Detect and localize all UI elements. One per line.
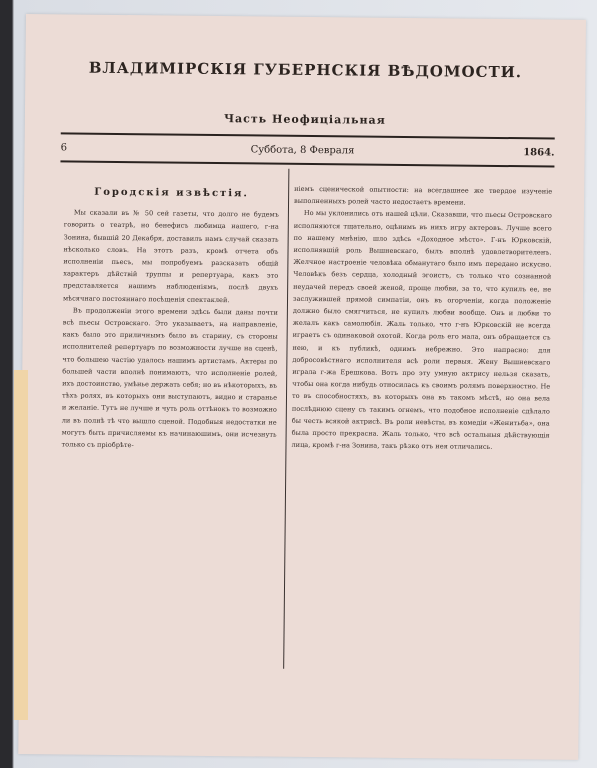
torn-edge xyxy=(14,370,28,720)
newspaper-masthead: ВЛАДИМІРСКІЯ ГУБЕРНСКІЯ ВѢДОМОСТИ. xyxy=(25,58,585,82)
bottom-rule xyxy=(60,160,554,167)
right-column: ніемъ сценической опытности: на всегдашн… xyxy=(291,183,552,454)
article-heading: Городскія извѣстія. xyxy=(64,186,279,200)
paragraph: Мы сказали въ № 50 сей газеты, что долго… xyxy=(63,207,279,307)
paragraph: ніемъ сценической опытности: на всегдашн… xyxy=(294,183,552,210)
dateline: 6 Суббота, 8 Февраля 1864. xyxy=(61,142,555,147)
left-column: Городскія извѣстія. Мы сказали въ № 50 с… xyxy=(61,172,279,453)
paragraph: Въ продолженіи этого времени здѣсь были … xyxy=(61,304,278,453)
newspaper-page: ВЛАДИМІРСКІЯ ГУБЕРНСКІЯ ВѢДОМОСТИ. Часть… xyxy=(18,14,586,760)
issue-year: 1864. xyxy=(523,147,554,158)
section-subtitle: Часть Неофиціальная xyxy=(25,110,585,129)
paragraph: Но мы уклонились отъ нашей цѣли. Сказавш… xyxy=(291,207,552,454)
issue-date: Суббота, 8 Февраля xyxy=(251,144,355,156)
column-divider xyxy=(283,169,289,669)
top-rule xyxy=(61,132,555,139)
issue-number: 6 xyxy=(61,142,67,153)
